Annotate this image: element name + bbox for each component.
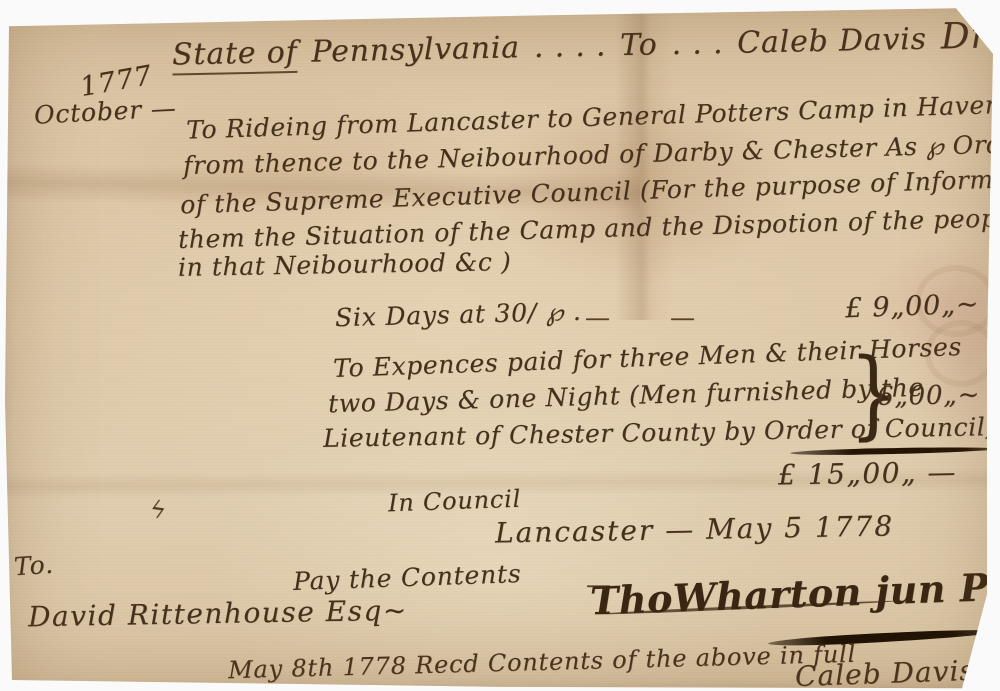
header-dots-1: . . . . xyxy=(533,28,606,65)
davis-signature: Caleb Davis xyxy=(794,654,975,691)
margin-month: October — xyxy=(33,93,177,129)
header-dots-2: . . . xyxy=(671,26,723,62)
charge-days-amount: £ 9„00„~ xyxy=(844,289,979,325)
header-debtor-abbrev: Dr xyxy=(940,15,989,57)
header-state-of: State of xyxy=(172,35,298,76)
stray-ink-mark: ϟ xyxy=(148,495,168,525)
pay-order-line: Pay the Contents xyxy=(293,559,522,596)
header-line: State of Pennsylvania . . . . To . . . C… xyxy=(172,15,989,75)
charge-days-line: Six Days at 30/ ℘ . xyxy=(335,297,582,332)
charge-dash-fill: — — xyxy=(585,303,721,332)
total-amount: £ 15„00„ — xyxy=(778,455,957,491)
body-line: in that Neibourhood &c ) xyxy=(178,247,512,282)
in-council-heading: In Council xyxy=(388,485,522,518)
addressee-to: To. xyxy=(13,550,55,582)
addressee-name: David Rittenhouse Esq~ xyxy=(28,594,408,634)
expense-amount: 6„00„~ xyxy=(877,380,981,412)
manuscript-paper: State of Pennsylvania . . . . To . . . C… xyxy=(0,0,1000,691)
sum-rule-stroke xyxy=(790,446,998,456)
header-state-name: Pennsylvania xyxy=(311,30,520,69)
place-date-line: Lancaster — May 5 1778 xyxy=(495,510,895,550)
receipt-statement: May 8th 1778 Recd Contents of the above … xyxy=(228,640,857,684)
header-creditor-name: Caleb Davis xyxy=(737,22,927,61)
header-to: To xyxy=(620,27,658,63)
wharton-signature: ThoWharton jun Pres’ xyxy=(589,562,1000,624)
